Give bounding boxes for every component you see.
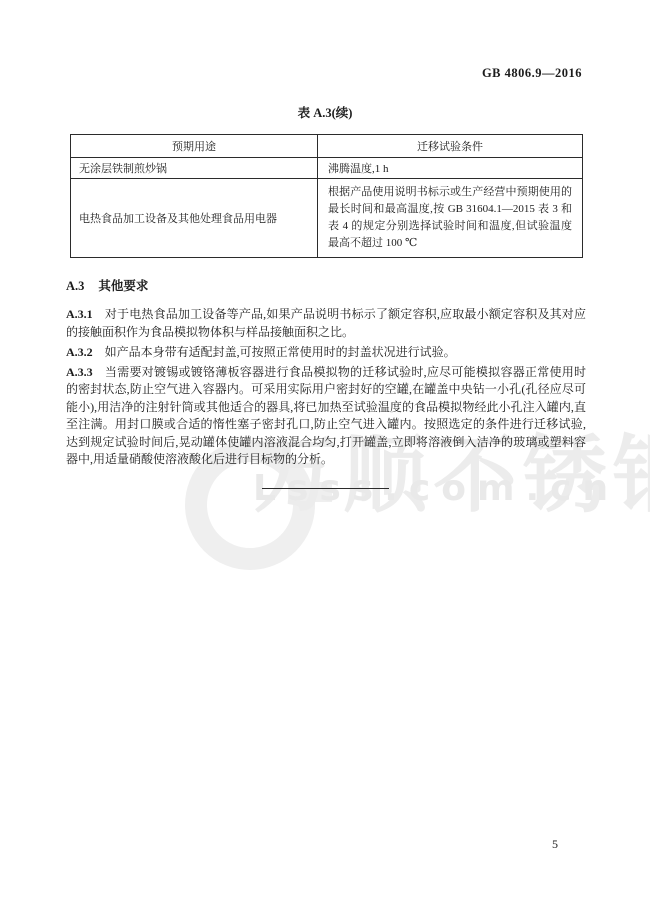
- cell-intended-use: 电热食品加工设备及其他处理食品用电器: [71, 179, 318, 258]
- clause-number: A.3.2: [66, 345, 93, 359]
- end-of-text-divider: [262, 488, 389, 489]
- page-content: GB 4806.9—2016 表 A.3(续) 预期用途 迁移试验条件 无涂层铁…: [0, 0, 650, 921]
- table-caption: 表 A.3(续): [0, 103, 650, 121]
- migration-test-table: 预期用途 迁移试验条件 无涂层铁制煎炒锅 沸腾温度,1 h 电热食品加工设备及其…: [70, 134, 583, 258]
- page-number: 5: [552, 837, 558, 852]
- table-row: 无涂层铁制煎炒锅 沸腾温度,1 h: [71, 158, 583, 179]
- column-header-intended-use: 预期用途: [71, 135, 318, 158]
- section-heading: A.3其他要求: [66, 276, 148, 294]
- cell-intended-use: 无涂层铁制煎炒锅: [71, 158, 318, 179]
- table-row: 电热食品加工设备及其他处理食品用电器 根据产品使用说明书标示或生产经营中预期使用…: [71, 179, 583, 258]
- column-header-test-condition: 迁移试验条件: [318, 135, 583, 158]
- clause-list: A.3.1对于电热食品加工设备等产品,如果产品说明书标示了额定容积,应取最小额定…: [66, 306, 586, 471]
- clause-paragraph: A.3.1对于电热食品加工设备等产品,如果产品说明书标示了额定容积,应取最小额定…: [66, 306, 586, 341]
- section-heading-title: 其他要求: [98, 279, 148, 293]
- standard-number-header: GB 4806.9—2016: [482, 66, 582, 81]
- cell-test-condition: 根据产品使用说明书标示或生产经营中预期使用的最长时间和最高温度,按 GB 316…: [318, 179, 583, 258]
- cell-test-condition: 沸腾温度,1 h: [318, 158, 583, 179]
- clause-text: 对于电热食品加工设备等产品,如果产品说明书标示了额定容积,应取最小额定容积及其对…: [66, 307, 586, 339]
- clause-number: A.3.1: [66, 307, 93, 321]
- clause-text: 当需要对镀锡或镀铬薄板容器进行食品模拟物的迁移试验时,应尽可能模拟容器正常使用时…: [66, 365, 586, 467]
- clause-paragraph: A.3.2如产品本身带有适配封盖,可按照正常使用时的封盖状况进行试验。: [66, 344, 586, 362]
- clause-paragraph: A.3.3当需要对镀锡或镀铬薄板容器进行食品模拟物的迁移试验时,应尽可能模拟容器…: [66, 364, 586, 469]
- document-page: 万顺不锈钢 Lsss.com.cn GB 4806.9—2016 表 A.3(续…: [0, 0, 650, 921]
- clause-number: A.3.3: [66, 365, 93, 379]
- table-header-row: 预期用途 迁移试验条件: [71, 135, 583, 158]
- clause-text: 如产品本身带有适配封盖,可按照正常使用时的封盖状况进行试验。: [105, 345, 456, 359]
- section-heading-number: A.3: [66, 279, 84, 293]
